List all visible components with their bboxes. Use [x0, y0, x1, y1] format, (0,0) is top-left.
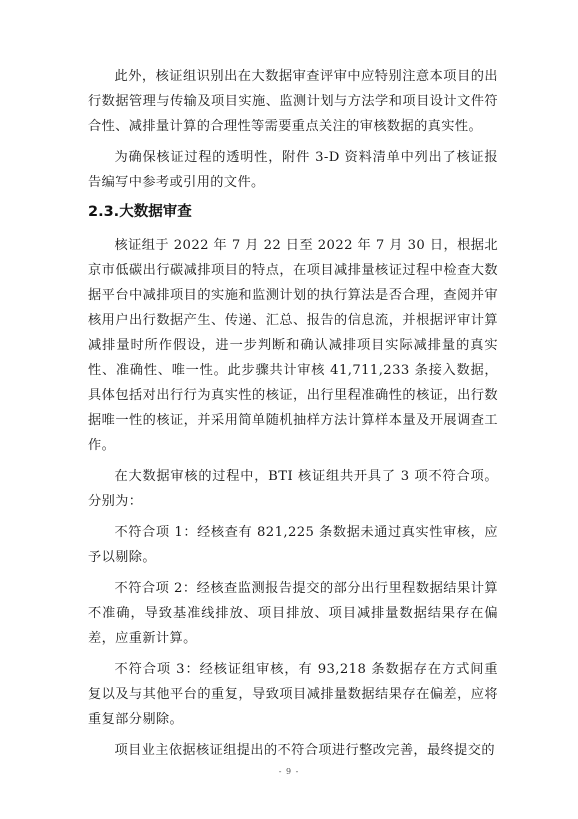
paragraph-nonconformity-1: 不符合项 1：经核查有 821,225 条数据未通过真实性审核，应予以剔除。: [88, 520, 498, 570]
page-number: - 9 -: [0, 767, 578, 776]
section-heading: 2.3.大数据审查: [88, 201, 498, 223]
paragraph-transparency: 为确保核证过程的透明性，附件 3-D 资料清单中列出了核证报告编写中参考或引用的…: [88, 145, 498, 195]
paragraph-rectification: 项目业主依据核证组提出的不符合项进行整改完善，最终提交的: [88, 738, 498, 763]
paragraph-review-process: 核证组于 2022 年 7 月 22 日至 2022 年 7 月 30 日，根据…: [88, 233, 498, 458]
document-page: 此外，核证组识别出在大数据审查评审中应特别注意本项目的出行数据管理与传输及项目实…: [0, 0, 578, 819]
page-content: 此外，核证组识别出在大数据审查评审中应特别注意本项目的出行数据管理与传输及项目实…: [88, 64, 498, 769]
paragraph-nonconformity-2: 不符合项 2：经核查监测报告提交的部分出行里程数据结果计算不准确，导致基准线排放…: [88, 576, 498, 651]
paragraph-key-focus-areas: 此外，核证组识别出在大数据审查评审中应特别注意本项目的出行数据管理与传输及项目实…: [88, 64, 498, 139]
paragraph-nonconformity-3: 不符合项 3：经核证组审核，有 93,218 条数据存在方式间重复以及与其他平台…: [88, 657, 498, 732]
paragraph-nonconformities-intro: 在大数据审核的过程中，BTI 核证组共开具了 3 项不符合项。分别为：: [88, 464, 498, 514]
